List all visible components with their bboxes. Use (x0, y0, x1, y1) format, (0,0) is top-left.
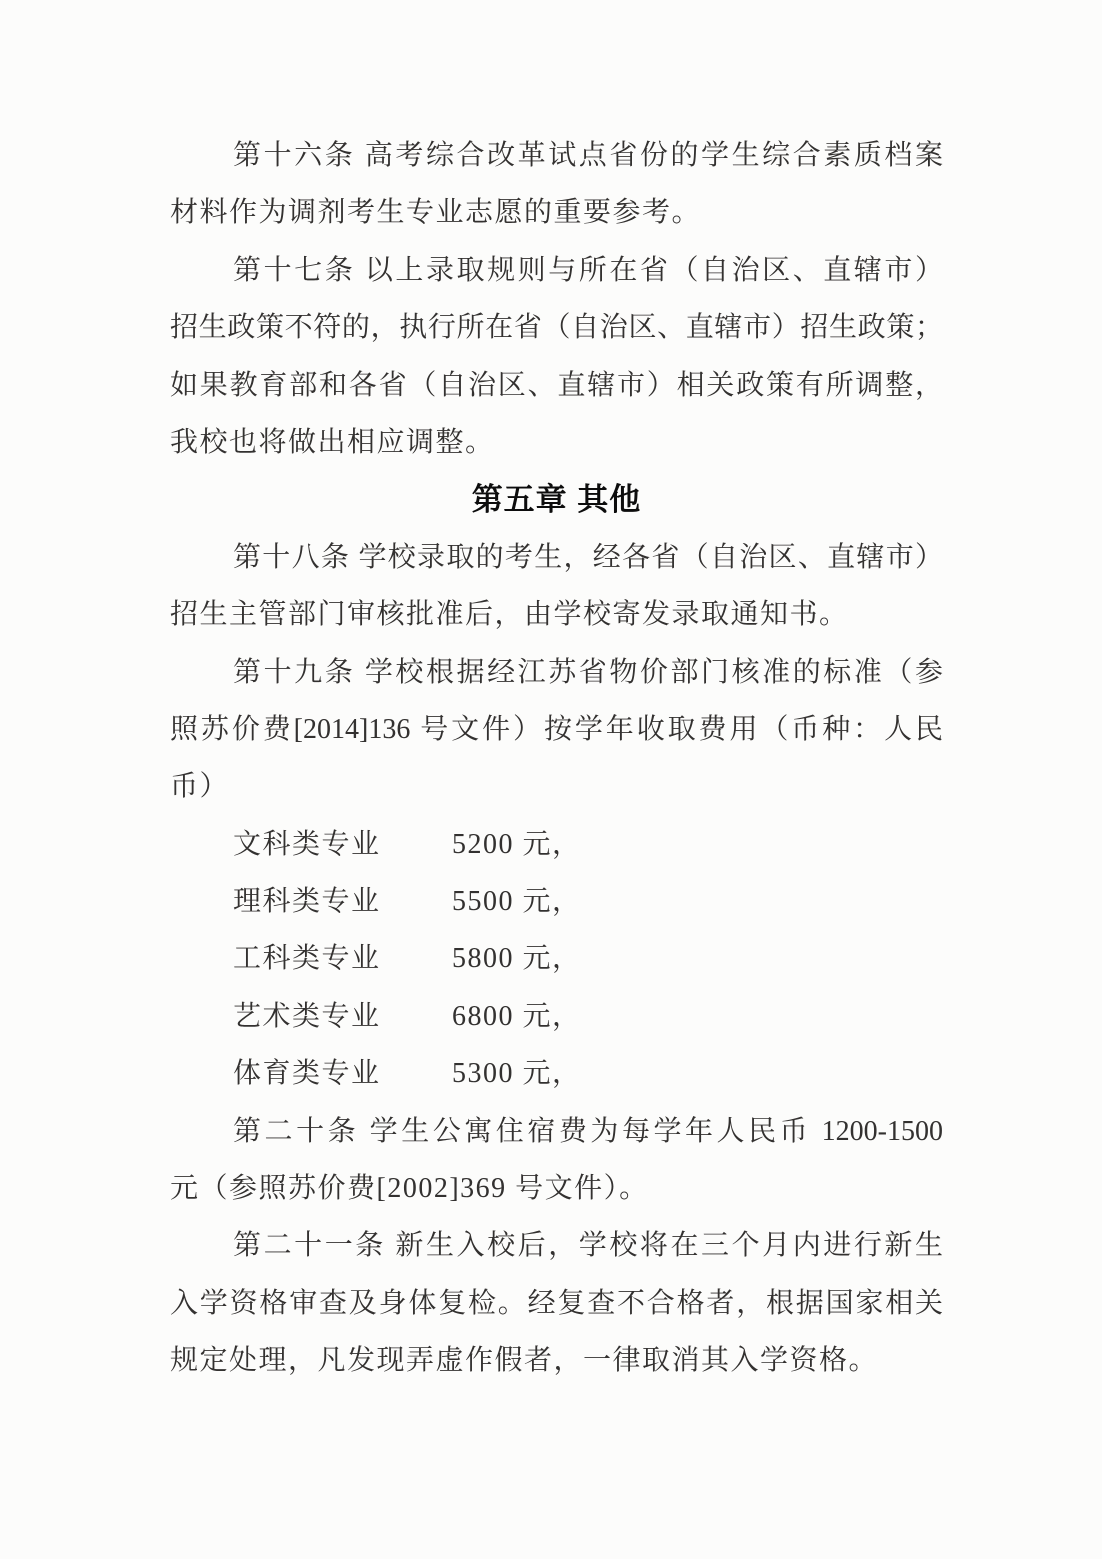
fee-category: 体育类专业 (233, 1045, 452, 1102)
fee-category: 理科类专业 (233, 873, 452, 930)
text-line: 币） (170, 758, 943, 815)
text-line: 第十七条 以上录取规则与所在省（自治区、直辖市） (170, 242, 943, 299)
fee-amount: 5200 元， (452, 816, 582, 873)
chapter-5-heading: 第五章 其他 (170, 471, 943, 528)
text-line: 第十八条 学校录取的考生，经各省（自治区、直辖市） (170, 529, 943, 586)
text-line: 招生政策不符的，执行所在省（自治区、直辖市）招生政策； (170, 299, 943, 356)
text-line: 如果教育部和各省（自治区、直辖市）相关政策有所调整， (170, 357, 943, 414)
text-line: 第二十条 学生公寓住宿费为每学年人民币 1200-1500 (170, 1103, 943, 1160)
fee-amount: 5300 元， (452, 1045, 582, 1102)
fee-amount: 6800 元， (452, 988, 582, 1045)
fee-amount: 5800 元， (452, 930, 582, 987)
fee-amount: 5500 元， (452, 873, 582, 930)
fee-row: 艺术类专业6800 元， (170, 988, 943, 1045)
text-line: 招生主管部门审核批准后，由学校寄发录取通知书。 (170, 586, 943, 643)
text-line: 材料作为调剂考生专业志愿的重要参考。 (170, 184, 943, 241)
text-line: 第十六条 高考综合改革试点省份的学生综合素质档案 (170, 127, 943, 184)
fee-category: 艺术类专业 (233, 988, 452, 1045)
fee-row: 体育类专业5300 元， (170, 1045, 943, 1102)
fee-category: 工科类专业 (233, 930, 452, 987)
fee-category: 文科类专业 (233, 816, 452, 873)
text-line: 第十九条 学校根据经江苏省物价部门核准的标准（参 (170, 644, 943, 701)
text-line: 元（参照苏价费[2002]369 号文件）。 (170, 1160, 943, 1217)
fee-row: 文科类专业5200 元， (170, 816, 943, 873)
text-line: 我校也将做出相应调整。 (170, 414, 943, 471)
fee-row: 理科类专业5500 元， (170, 873, 943, 930)
text-line: 入学资格审查及身体复检。经复查不合格者，根据国家相关 (170, 1275, 943, 1332)
text-line: 第二十一条 新生入校后，学校将在三个月内进行新生 (170, 1217, 943, 1274)
text-line: 规定处理，凡发现弄虚作假者，一律取消其入学资格。 (170, 1332, 943, 1389)
fee-row: 工科类专业5800 元， (170, 930, 943, 987)
text-line: 照苏价费[2014]136 号文件）按学年收取费用（币种：人民 (170, 701, 943, 758)
document-content: 第十六条 高考综合改革试点省份的学生综合素质档案材料作为调剂考生专业志愿的重要参… (170, 127, 943, 1390)
document-page: 第十六条 高考综合改革试点省份的学生综合素质档案材料作为调剂考生专业志愿的重要参… (0, 0, 1102, 1559)
